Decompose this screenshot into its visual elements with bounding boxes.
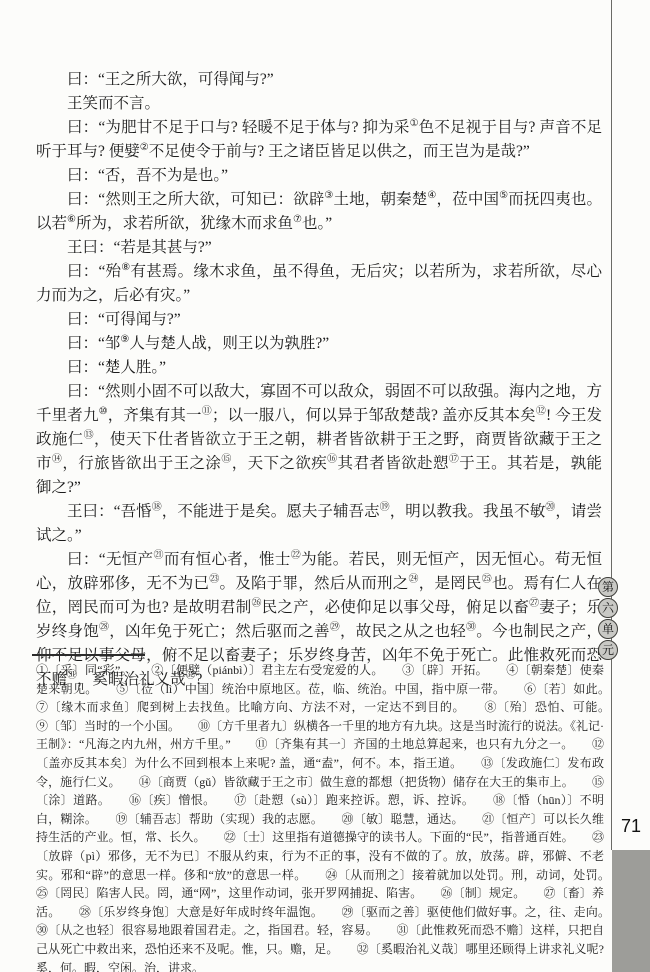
body-paragraph: 曰：“可得闻与?”	[36, 308, 602, 332]
body-paragraph: 曰：“楚人胜。”	[36, 356, 602, 380]
body-paragraph: 王曰：“吾惛⑱，不能进于是矣。愿夫子辅吾志⑲，明以教我。我虽不敏⑳，请尝试之。”	[36, 500, 602, 548]
body-paragraph: 王曰：“若是其甚与?”	[36, 236, 602, 260]
footnote-separator	[32, 654, 145, 656]
unit-tab-char: 元	[598, 640, 618, 660]
unit-tab-char: 单	[598, 619, 618, 639]
body-paragraph: 曰：“然则小固不可以敌大，寡固不可以敌众，弱固不可以敌强。海内之地，方千里者九⑩…	[36, 380, 602, 500]
footnotes-block: ①〔采〕同“彩”。 ②〔便嬖（piánbì）〕君主左右受宠爱的人。 ③〔辟〕开拓…	[36, 661, 604, 972]
unit-tab-char: 六	[598, 598, 618, 618]
margin-rule	[611, 0, 612, 850]
body-paragraph: 曰：“王之所大欲，可得闻与?”	[36, 68, 602, 92]
body-paragraph: 曰：“殆⑧有甚焉。缘木求鱼，虽不得鱼，无后灾；以若所为，求若所欲，尽心力而为之，…	[36, 260, 602, 308]
textbook-page: 曰：“王之所大欲，可得闻与?”王笑而不言。曰：“为肥甘不足于口与? 轻暖不足于体…	[0, 0, 650, 972]
body-paragraph: 曰：“然则王之所大欲，可知已：欲辟③土地，朝秦楚④，莅中国⑤而抚四夷也。以若⑥所…	[36, 188, 602, 236]
corner-block	[612, 850, 650, 972]
body-paragraph: 曰：“邹⑨人与楚人战，则王以为孰胜?”	[36, 332, 602, 356]
unit-tab-char: 第	[598, 577, 618, 597]
page-number: 71	[612, 816, 650, 837]
body-paragraph: 王笑而不言。	[36, 92, 602, 116]
body-paragraph: 曰：“为肥甘不足于口与? 轻暖不足于体与? 抑为采①色不足视于目与? 声音不足听…	[36, 116, 602, 164]
body-text: 曰：“王之所大欲，可得闻与?”王笑而不言。曰：“为肥甘不足于口与? 轻暖不足于体…	[36, 68, 602, 692]
unit-tab: 第六单元	[598, 577, 618, 660]
body-paragraph: 曰：“否，吾不为是也。”	[36, 164, 602, 188]
